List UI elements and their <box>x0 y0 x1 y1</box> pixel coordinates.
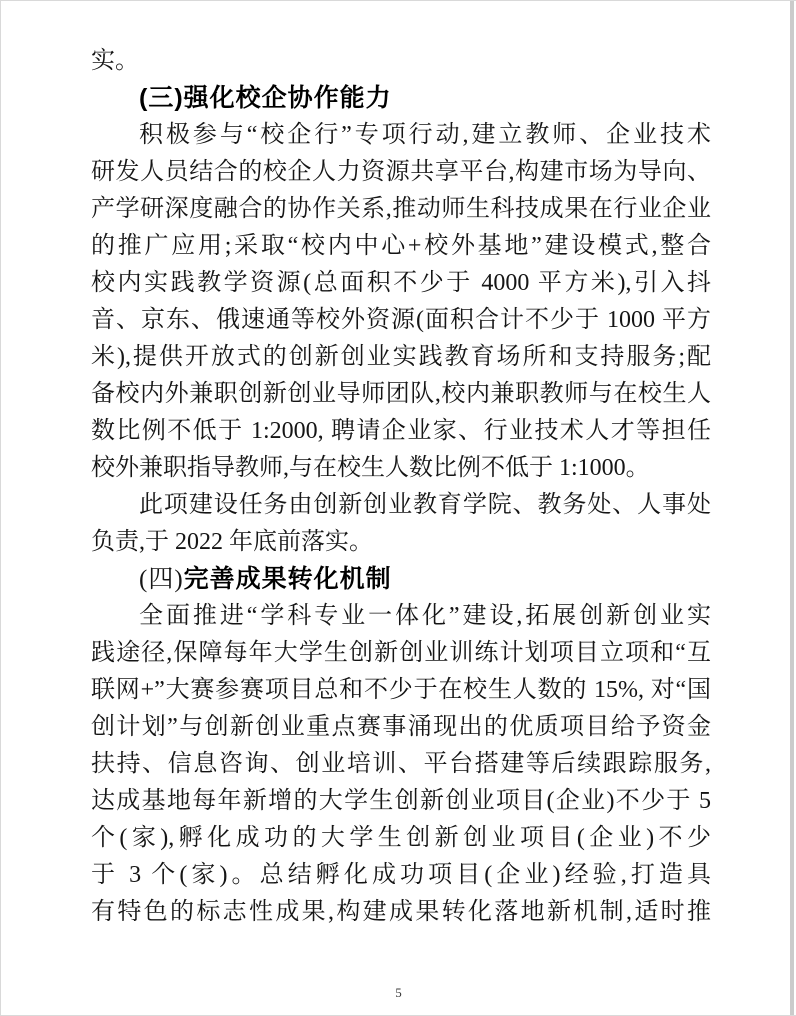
page-number: 5 <box>1 985 796 1001</box>
document-body: 实。 (三)强化校企协作能力 积极参与“校企行”专项行动,建立教师、企业技术 研… <box>91 43 711 931</box>
doc-line: 此项建设任务由创新创业教育学院、教务处、人事处 <box>91 487 711 524</box>
doc-line: 个(家),孵化成功的大学生创新创业项目(企业)不少 <box>91 820 711 857</box>
doc-line: 积极参与“校企行”专项行动,建立教师、企业技术 <box>91 117 711 154</box>
heading-4-title: 完善成果转化机制 <box>184 565 392 593</box>
heading-3-title: 强化校企协作能力 <box>184 84 392 112</box>
doc-line: 于 3 个(家)。总结孵化成功项目(企业)经验,打造具 <box>91 857 711 894</box>
doc-line: 创计划”与创新创业重点赛事涌现出的优质项目给予资金 <box>91 709 711 746</box>
doc-line: 践途径,保障每年大学生创新创业训练计划项目立项和“互 <box>91 635 711 672</box>
doc-line: 备校内外兼职创新创业导师团队,校内兼职教师与在校生人 <box>91 376 711 413</box>
section-heading-3: (三)强化校企协作能力 <box>91 80 711 117</box>
doc-line: 校内实践教学资源(总面积不少于 4000 平方米),引入抖 <box>91 265 711 302</box>
section-heading-4: (四)完善成果转化机制 <box>91 561 711 598</box>
doc-line: 数比例不低于 1:2000, 聘请企业家、行业技术人才等担任 <box>91 413 711 450</box>
doc-line: 产学研深度融合的协作关系,推动师生科技成果在行业企业 <box>91 191 711 228</box>
document-page: 实。 (三)强化校企协作能力 积极参与“校企行”专项行动,建立教师、企业技术 研… <box>0 0 796 1016</box>
doc-line: 联网+”大赛参赛项目总和不少于在校生人数的 15%, 对“国 <box>91 672 711 709</box>
doc-line: 的推广应用;采取“校内中心+校外基地”建设模式,整合 <box>91 228 711 265</box>
doc-line: 实。 <box>91 43 711 80</box>
doc-line: 负责,于 2022 年底前落实。 <box>91 524 711 561</box>
doc-line: 研发人员结合的校企人力资源共享平台,构建市场为导向、 <box>91 154 711 191</box>
doc-line: 全面推进“学科专业一体化”建设,拓展创新创业实 <box>91 598 711 635</box>
doc-line: 校外兼职指导教师,与在校生人数比例不低于 1:1000。 <box>91 450 711 487</box>
doc-line: 达成基地每年新增的大学生创新创业项目(企业)不少于 5 <box>91 783 711 820</box>
doc-line: 扶持、信息咨询、创业培训、平台搭建等后续跟踪服务, <box>91 746 711 783</box>
doc-line: 米),提供开放式的创新创业实践教育场所和支持服务;配 <box>91 339 711 376</box>
doc-line: 音、京东、俄速通等校外资源(面积合计不少于 1000 平方 <box>91 302 711 339</box>
doc-line: 有特色的标志性成果,构建成果转化落地新机制,适时推 <box>91 894 711 931</box>
heading-4-number: (四) <box>139 566 184 593</box>
page-edge-strip <box>790 1 794 1015</box>
heading-3-number: (三) <box>139 84 184 112</box>
